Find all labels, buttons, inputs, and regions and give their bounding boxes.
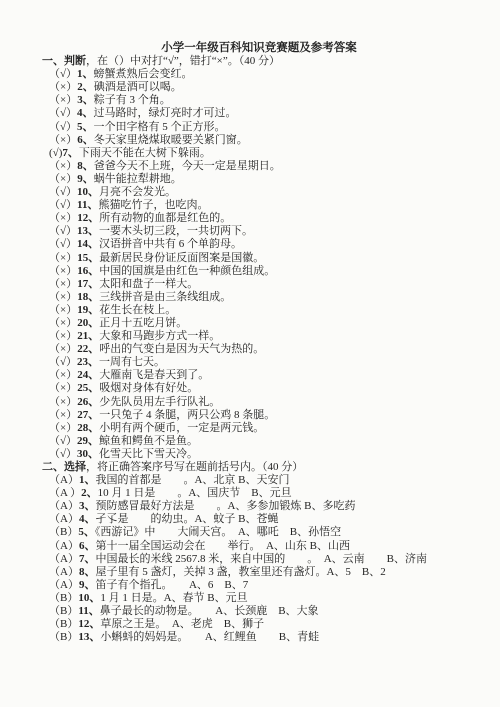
question-text: 粽子有 3 个角。 [94, 94, 171, 106]
question-number: 2、 [77, 81, 94, 93]
question-number: 13、 [78, 631, 100, 643]
answer-mark: （A） [49, 553, 79, 565]
question-text: 鲸鱼和鳄鱼不是鱼。 [99, 435, 198, 447]
question-text: 一周有七天。 [99, 356, 165, 368]
question-text: 呼出的气变白是因为天气为热的。 [99, 343, 264, 355]
question-text: 一只兔子 4 条腿，两只公鸡 8 条腿。 [99, 409, 275, 421]
question-number: 15、 [77, 252, 99, 264]
question-line: （×）17、太阳和盘子一样大。 [42, 278, 476, 291]
question-number: 19、 [77, 304, 99, 316]
question-number: 6、 [77, 134, 94, 146]
answer-mark: （√） [49, 199, 77, 211]
question-number: 24、 [77, 369, 99, 381]
question-text: 少先队员用左手行队礼。 [99, 396, 220, 408]
question-number: 10、 [77, 186, 99, 198]
question-line: （×）3、粽子有 3 个角。 [42, 94, 476, 107]
question-text: 爸爸今天不上班，今天一定是星期日。 [94, 160, 281, 172]
question-text: 第十一届全国运动会在 举行。 A、山东 B、山西 [95, 540, 350, 552]
question-line: （A）7、中国最长的米线 2567.8 米，来自中国的 。 A、云南 B、济南 [42, 553, 476, 566]
question-line: （A）8、屋子里有 5 盏灯，关掉 3 盏，教室里还有盏灯。A、5 B、2 [42, 566, 476, 579]
answer-mark: （×） [49, 252, 77, 264]
question-line: （√）5、一个田字格有 5 个正方形。 [42, 121, 476, 134]
answer-mark: (√) [49, 147, 62, 159]
question-number: 13、 [77, 225, 99, 237]
answer-mark: （×） [49, 94, 77, 106]
question-number: 27、 [77, 409, 99, 421]
judge-heading-label: 一、判断 [42, 55, 86, 67]
answer-mark: （A） [49, 540, 79, 552]
answer-mark: （×） [49, 343, 77, 355]
question-text: 大象和马跑步方式一样。 [99, 330, 220, 342]
choice-section-heading: 二、选择，将正确答案序号写在题前括号内。（40 分） [42, 461, 476, 474]
answer-mark: （×） [49, 173, 77, 185]
question-text: 中国最长的米线 2567.8 米，来自中国的 。 A、云南 B、济南 [95, 553, 427, 565]
answer-mark: （√） [49, 68, 77, 80]
question-line: （√）10、月亮不会发光。 [42, 186, 476, 199]
answer-mark: （√） [49, 448, 77, 460]
question-line: （×）12、所有动物的血都是红色的。 [42, 212, 476, 225]
question-text: 螃蟹煮熟后会变红。 [94, 68, 193, 80]
question-number: 8、 [77, 160, 94, 172]
answer-mark: （×） [49, 369, 77, 381]
question-number: 14、 [77, 238, 99, 250]
question-line: （√）11、熊猫吃竹子，也吃肉。 [42, 199, 476, 212]
answer-mark: （×） [49, 422, 77, 434]
choice-heading-instructions: ，将正确答案序号写在题前括号内。（40 分） [86, 461, 303, 473]
question-text: 预防感冒最好方法是 。A、多参加锻炼 B、多吃药 [95, 500, 355, 512]
question-number: 29、 [77, 435, 99, 447]
question-line: （B）11、鼻子最长的动物是。 A、长颈鹿 B、大象 [42, 605, 476, 618]
judge-heading-instructions: ，在（）中对打“√”，错打“×”。（40 分） [86, 55, 280, 67]
question-number: 4、 [77, 107, 94, 119]
question-text: 太阳和盘子一样大。 [99, 278, 198, 290]
question-number: 1、 [79, 474, 96, 486]
answer-mark: （A ） [49, 487, 81, 499]
page-title: 小学一年级百科知识竞赛题及参考答案 [42, 42, 476, 55]
question-number: 23、 [77, 356, 99, 368]
question-number: 5、 [78, 526, 95, 538]
answer-mark: （√） [49, 121, 77, 133]
question-number: 10、 [78, 592, 100, 604]
question-text: 蜗牛能拉犁耕地。 [94, 173, 182, 185]
question-line: （×）19、花生长在枝上。 [42, 304, 476, 317]
question-line: （A）3、预防感冒最好方法是 。A、多参加锻炼 B、多吃药 [42, 500, 476, 513]
question-text: 笛子有个指孔。 A、6 B、7 [95, 579, 248, 591]
question-number: 3、 [77, 94, 94, 106]
answer-mark: （B） [49, 631, 78, 643]
question-number: 25、 [77, 382, 99, 394]
answer-mark: （×） [49, 304, 77, 316]
question-line: （×）20、正月十五吃月饼。 [42, 317, 476, 330]
question-line: （×）24、大雁南飞是春天到了。 [42, 369, 476, 382]
answer-mark: （×） [49, 81, 77, 93]
question-line: （√）29、鲸鱼和鳄鱼不是鱼。 [42, 435, 476, 448]
answer-mark: （A） [49, 566, 79, 578]
judge-section-heading: 一、判断，在（）中对打“√”，错打“×”。（40 分） [42, 55, 476, 68]
question-line: （B）13、小蝌蚪的妈妈是。 A、红鲤鱼 B、青蛙 [42, 631, 476, 644]
question-line: （√）4、过马路时，绿灯亮时才可过。 [42, 107, 476, 120]
question-text: 草原之王是。 A、老虎 B、狮子 [100, 618, 264, 630]
question-number: 30、 [77, 448, 99, 460]
question-line: （×）26、少先队员用左手行队礼。 [42, 396, 476, 409]
answer-mark: （B） [49, 618, 78, 630]
question-number: 9、 [77, 173, 94, 185]
question-number: 21、 [77, 330, 99, 342]
answer-mark: （√） [49, 225, 77, 237]
question-text: 过马路时，绿灯亮时才可过。 [94, 107, 237, 119]
question-line: （×）22、呼出的气变白是因为天气为热的。 [42, 343, 476, 356]
question-line: （A）9、笛子有个指孔。 A、6 B、7 [42, 579, 476, 592]
question-number: 4、 [79, 513, 96, 525]
question-number: 12、 [78, 618, 100, 630]
question-text: 月亮不会发光。 [99, 186, 176, 198]
question-text: 我国的首都是 。A、北京 B、天安门 [95, 474, 289, 486]
question-text: 10 月 1 日是 。A、国庆节 B、元旦 [98, 487, 292, 499]
question-number: 1、 [77, 68, 94, 80]
question-line: （√）23、一周有七天。 [42, 356, 476, 369]
question-text: 孑孓是 的幼虫。A、蚊子 B、苍蝇 [95, 513, 278, 525]
question-line: （√）14、汉语拼音中共有 6 个单韵母。 [42, 238, 476, 251]
question-text: 《西游记》中 大闹天宫。 A、哪吒 B、孙悟空 [95, 526, 341, 538]
question-text: 一个田字格有 5 个正方形。 [94, 121, 226, 133]
question-number: 3、 [79, 500, 96, 512]
answer-mark: （B） [49, 605, 78, 617]
question-number: 22、 [77, 343, 99, 355]
question-line: （√）1、螃蟹煮熟后会变红。 [42, 68, 476, 81]
question-text: 最新居民身份证反面图案是国徽。 [99, 252, 264, 264]
question-number: 26、 [77, 396, 99, 408]
choice-heading-label: 二、选择 [42, 461, 86, 473]
question-number: 16、 [77, 265, 99, 277]
question-number: 12、 [77, 212, 99, 224]
question-line: （×）6、冬天家里烧煤取暖要关紧门窗。 [42, 134, 476, 147]
answer-mark: （A） [49, 500, 79, 512]
answer-mark: （B） [49, 592, 78, 604]
question-number: 11、 [78, 605, 99, 617]
question-number: 8、 [79, 566, 96, 578]
question-text: 所有动物的血都是红色的。 [99, 212, 231, 224]
answer-mark: （√） [49, 107, 77, 119]
question-text: 汉语拼音中共有 6 个单韵母。 [99, 238, 242, 250]
question-text: 化雪天比下雪天冷。 [99, 448, 198, 460]
question-text: 1 月 1 日是。A、春节 B、元旦 [100, 592, 247, 604]
question-text: 正月十五吃月饼。 [99, 317, 187, 329]
answer-mark: （×） [49, 396, 77, 408]
answer-mark: （×） [49, 160, 77, 172]
question-number: 5、 [77, 121, 94, 133]
question-number: 11、 [77, 199, 98, 211]
answer-mark: （×） [49, 330, 77, 342]
question-text: 花生长在枝上。 [99, 304, 176, 316]
question-line: （×）2、碘酒是酒可以喝。 [42, 81, 476, 94]
question-line: （B）12、草原之王是。 A、老虎 B、狮子 [42, 618, 476, 631]
question-text: 小明有两个硬币，一定是两元钱。 [99, 422, 264, 434]
answer-mark: （√） [49, 356, 77, 368]
question-line: （A）6、第十一届全国运动会在 举行。 A、山东 B、山西 [42, 540, 476, 553]
answer-mark: （A） [49, 513, 79, 525]
answer-mark: （×） [49, 382, 77, 394]
question-text: 小蝌蚪的妈妈是。 A、红鲤鱼 B、青蛙 [100, 631, 319, 643]
question-line: （×）27、一只兔子 4 条腿，两只公鸡 8 条腿。 [42, 409, 476, 422]
question-number: 7、 [79, 553, 96, 565]
question-number: 2、 [81, 487, 98, 499]
question-line: （×）8、爸爸今天不上班，今天一定是星期日。 [42, 160, 476, 173]
question-text: 吸烟对身体有好处。 [99, 382, 198, 394]
question-number: 17、 [77, 278, 99, 290]
answer-mark: （B） [49, 526, 78, 538]
question-line: （B）10、1 月 1 日是。A、春节 B、元旦 [42, 592, 476, 605]
question-line: （B）5、《西游记》中 大闹天宫。 A、哪吒 B、孙悟空 [42, 526, 476, 539]
answer-mark: （A） [49, 474, 79, 486]
judge-question-list: （√）1、螃蟹煮熟后会变红。（×）2、碘酒是酒可以喝。（×）3、粽子有 3 个角… [42, 68, 476, 461]
question-line: （×）18、三线拼音是由三条线组成。 [42, 291, 476, 304]
question-text: 中国的国旗是由红色一种颜色组成。 [99, 265, 275, 277]
answer-mark: （×） [49, 317, 77, 329]
question-number: 20、 [77, 317, 99, 329]
question-line: （×）25、吸烟对身体有好处。 [42, 382, 476, 395]
document-page: 小学一年级百科知识竞赛题及参考答案 一、判断，在（）中对打“√”，错打“×”。（… [0, 0, 500, 707]
answer-mark: （A） [49, 579, 79, 591]
question-line: （×）15、最新居民身份证反面图案是国徽。 [42, 252, 476, 265]
answer-mark: （√） [49, 186, 77, 198]
question-text: 大雁南飞是春天到了。 [99, 369, 209, 381]
question-line: （√）30、化雪天比下雪天冷。 [42, 448, 476, 461]
answer-mark: （√） [49, 435, 77, 447]
question-line: （×）16、中国的国旗是由红色一种颜色组成。 [42, 265, 476, 278]
answer-mark: （×） [49, 134, 77, 146]
question-text: 屋子里有 5 盏灯，关掉 3 盏，教室里还有盏灯。A、5 B、2 [95, 566, 385, 578]
question-text: 熊猫吃竹子，也吃肉。 [98, 199, 208, 211]
question-text: 鼻子最长的动物是。 A、长颈鹿 B、大象 [100, 605, 319, 617]
question-line: （×）28、小明有两个硬币，一定是两元钱。 [42, 422, 476, 435]
choice-question-list: （A）1、我国的首都是 。A、北京 B、天安门（A ）2、10 月 1 日是 。… [42, 474, 476, 644]
question-text: 冬天家里烧煤取暖要关紧门窗。 [94, 134, 248, 146]
question-line: （A）4、孑孓是 的幼虫。A、蚊子 B、苍蝇 [42, 513, 476, 526]
answer-mark: （×） [49, 278, 77, 290]
question-number: 7、 [62, 147, 79, 159]
question-line: (√)7、下雨天不能在大树下躲雨。 [42, 147, 476, 160]
answer-mark: （×） [49, 291, 77, 303]
question-number: 9、 [79, 579, 96, 591]
answer-mark: （×） [49, 409, 77, 421]
answer-mark: （√） [49, 238, 77, 250]
question-line: （×）21、大象和马跑步方式一样。 [42, 330, 476, 343]
question-text: 一要木头切三段，一共切两下。 [99, 225, 253, 237]
question-line: （√）13、一要木头切三段，一共切两下。 [42, 225, 476, 238]
question-line: （A ）2、10 月 1 日是 。A、国庆节 B、元旦 [42, 487, 476, 500]
answer-mark: （×） [49, 265, 77, 277]
question-line: （A）1、我国的首都是 。A、北京 B、天安门 [42, 474, 476, 487]
question-line: （×）9、蜗牛能拉犁耕地。 [42, 173, 476, 186]
answer-mark: （×） [49, 212, 77, 224]
question-number: 6、 [79, 540, 96, 552]
question-text: 三线拼音是由三条线组成。 [99, 291, 231, 303]
question-text: 下雨天不能在大树下躲雨。 [79, 147, 211, 159]
question-number: 28、 [77, 422, 99, 434]
question-number: 18、 [77, 291, 99, 303]
question-text: 碘酒是酒可以喝。 [94, 81, 182, 93]
